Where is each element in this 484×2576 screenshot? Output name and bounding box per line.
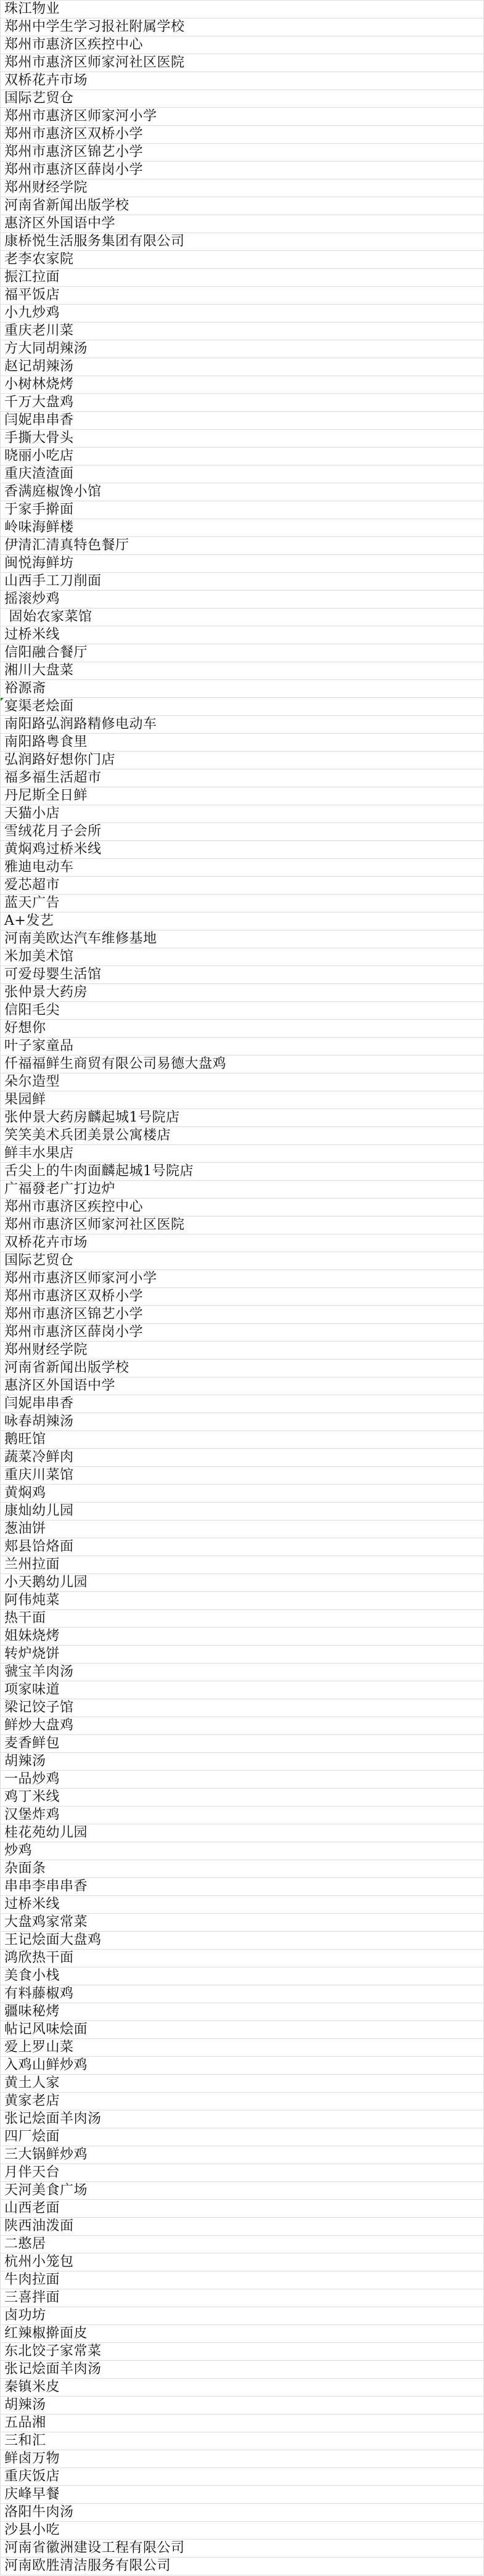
spreadsheet-cell[interactable]: 老李农家院 <box>1 251 483 269</box>
spreadsheet-cell[interactable]: 郑州市惠济区锦艺小学 <box>1 1306 483 1324</box>
spreadsheet-cell[interactable]: 摇滚炒鸡 <box>1 591 483 609</box>
spreadsheet-cell[interactable]: 有料藤椒鸡 <box>1 1985 483 2003</box>
spreadsheet-cell[interactable]: 雪绒花月子会所 <box>1 823 483 841</box>
spreadsheet-cell[interactable]: 香满庭椒馋小馆 <box>1 483 483 501</box>
spreadsheet-cell[interactable]: 晓丽小吃店 <box>1 448 483 466</box>
spreadsheet-cell[interactable]: 雅迪电动车 <box>1 859 483 877</box>
spreadsheet-cell[interactable]: 岭味海鲜楼 <box>1 519 483 537</box>
spreadsheet-cell[interactable]: 湘川大盘菜 <box>1 662 483 680</box>
spreadsheet-cell[interactable]: 山西老面 <box>1 2200 483 2218</box>
spreadsheet-cell[interactable]: 广福發老广打边炉 <box>1 1181 483 1199</box>
spreadsheet-cell[interactable]: 张记烩面羊肉汤 <box>1 2361 483 2379</box>
spreadsheet-cell[interactable]: 郏县饸烙面 <box>1 1538 483 1556</box>
spreadsheet-cell[interactable]: 汉堡炸鸡 <box>1 1807 483 1824</box>
spreadsheet-cell[interactable]: 四厂烩面 <box>1 2128 483 2146</box>
spreadsheet-cell[interactable]: 鹅旺馆 <box>1 1431 483 1449</box>
spreadsheet-cell[interactable]: 天河美食广场 <box>1 2182 483 2200</box>
spreadsheet-cell[interactable]: 闫妮串串香 <box>1 1395 483 1413</box>
spreadsheet-cell[interactable]: 阿伟炖菜 <box>1 1592 483 1610</box>
spreadsheet-cell[interactable]: 南阳路粤食里 <box>1 734 483 752</box>
spreadsheet-cell[interactable]: 河南欧胜清洁服务有限公司 <box>1 2558 483 2575</box>
spreadsheet-cell[interactable]: 张记烩面羊肉汤 <box>1 2110 483 2128</box>
spreadsheet-cell[interactable]: 郑州市惠济区双桥小学 <box>1 126 483 144</box>
spreadsheet-cell[interactable]: 咏春胡辣汤 <box>1 1413 483 1431</box>
spreadsheet-cell[interactable]: 河南省徽洲建设工程有限公司 <box>1 2540 483 2558</box>
spreadsheet-cell[interactable]: 疆味秘烤 <box>1 2003 483 2021</box>
spreadsheet-cell[interactable]: 河南美欧达汽车维修基地 <box>1 930 483 948</box>
spreadsheet-cell[interactable]: 郑州市惠济区师家河小学 <box>1 108 483 126</box>
spreadsheet-cell[interactable]: 郑州市惠济区疾控中心 <box>1 36 483 54</box>
spreadsheet-cell[interactable]: 姐妹烧烤 <box>1 1628 483 1646</box>
spreadsheet-cell[interactable]: 叶子家童品 <box>1 1038 483 1056</box>
spreadsheet-cell[interactable]: 胡辣汤 <box>1 2397 483 2414</box>
spreadsheet-cell[interactable]: 郑州市惠济区薛岗小学 <box>1 1324 483 1342</box>
spreadsheet-cell[interactable]: 蓝天广告 <box>1 895 483 913</box>
spreadsheet-cell[interactable]: 重庆渣渣面 <box>1 466 483 483</box>
spreadsheet-cell[interactable]: 千万大盘鸡 <box>1 394 483 412</box>
spreadsheet-cell[interactable]: 双桥花卉市场 <box>1 72 483 90</box>
spreadsheet-cell[interactable]: 双桥花卉市场 <box>1 1234 483 1252</box>
spreadsheet-cell[interactable]: 三大锅鲜炒鸡 <box>1 2146 483 2164</box>
spreadsheet-cell[interactable]: 沙县小吃 <box>1 2522 483 2540</box>
spreadsheet-cell[interactable]: 郑州市惠济区师家河社区医院 <box>1 54 483 72</box>
spreadsheet-cell[interactable]: 弘润路好想你门店 <box>1 752 483 769</box>
spreadsheet-cell[interactable]: 朵尔造型 <box>1 1073 483 1091</box>
spreadsheet-cell[interactable]: A+发艺 <box>1 913 483 930</box>
spreadsheet-cell[interactable]: 仟福福鲜生商贸有限公司易德大盘鸡 <box>1 1056 483 1073</box>
spreadsheet-cell[interactable]: 福平饭店 <box>1 287 483 305</box>
spreadsheet-cell[interactable]: 郑州市惠济区锦艺小学 <box>1 144 483 162</box>
spreadsheet-cell[interactable]: 月伴天台 <box>1 2164 483 2182</box>
spreadsheet-cell[interactable]: 果园鲜 <box>1 1091 483 1109</box>
spreadsheet-cell[interactable]: 郑州市惠济区师家河社区医院 <box>1 1216 483 1234</box>
spreadsheet-cell[interactable]: 重庆饭店 <box>1 2468 483 2486</box>
spreadsheet-cell[interactable]: 振江拉面 <box>1 269 483 287</box>
spreadsheet-cell[interactable]: 卤功坊 <box>1 2307 483 2325</box>
spreadsheet-cell[interactable]: 转炉烧饼 <box>1 1646 483 1663</box>
spreadsheet-cell[interactable]: 郑州财经学院 <box>1 179 483 197</box>
spreadsheet-cell[interactable]: 信阳融合餐厅 <box>1 644 483 662</box>
spreadsheet-cell[interactable]: 郑州市惠济区双桥小学 <box>1 1288 483 1306</box>
spreadsheet-cell[interactable]: 郑州财经学院 <box>1 1342 483 1360</box>
spreadsheet-cell[interactable]: 鸡丁米线 <box>1 1789 483 1807</box>
spreadsheet-cell[interactable]: 好想你 <box>1 1020 483 1038</box>
spreadsheet-cell[interactable]: 庆峰早餐 <box>1 2486 483 2504</box>
spreadsheet-cell[interactable]: 张仲景大药房麟起城1号院店 <box>1 1109 483 1127</box>
spreadsheet-cell[interactable]: 河南省新闻出版学校 <box>1 197 483 215</box>
spreadsheet-cell[interactable]: 于家手擀面 <box>1 501 483 519</box>
spreadsheet-cell[interactable]: 串串李串串香 <box>1 1878 483 1896</box>
spreadsheet-cell[interactable]: 杂面条 <box>1 1860 483 1878</box>
spreadsheet-cell[interactable]: 爱芯超市 <box>1 877 483 895</box>
spreadsheet-cell[interactable]: 国际艺贸仓 <box>1 1252 483 1270</box>
spreadsheet-cell[interactable]: 杭州小笼包 <box>1 2254 483 2271</box>
spreadsheet-cell[interactable]: 小树林烧烤 <box>1 376 483 394</box>
spreadsheet-cell[interactable]: 入鸡山鲜炒鸡 <box>1 2057 483 2075</box>
spreadsheet-cell[interactable]: 一品炒鸡 <box>1 1771 483 1789</box>
spreadsheet-cell[interactable]: 鲜丰水果店 <box>1 1145 483 1163</box>
spreadsheet-cell[interactable]: 秦镇米皮 <box>1 2379 483 2397</box>
spreadsheet-cell[interactable]: 过桥米线 <box>1 626 483 644</box>
spreadsheet-cell[interactable]: 三喜拌面 <box>1 2289 483 2307</box>
spreadsheet-cell[interactable]: 珠江物业 <box>1 1 483 18</box>
spreadsheet-cell[interactable]: 黄土人家 <box>1 2075 483 2093</box>
spreadsheet-cell[interactable]: 裕源斋 <box>1 680 483 698</box>
spreadsheet-cell[interactable]: 可爱母婴生活馆 <box>1 966 483 984</box>
spreadsheet-cell[interactable]: 小九炒鸡 <box>1 305 483 322</box>
spreadsheet-cell[interactable]: 惠济区外国语中学 <box>1 215 483 233</box>
spreadsheet-cell[interactable]: 兰州拉面 <box>1 1556 483 1574</box>
spreadsheet-cell[interactable]: 蔬菜冷鲜肉 <box>1 1449 483 1467</box>
spreadsheet-cell[interactable]: 重庆川菜馆 <box>1 1467 483 1485</box>
spreadsheet-column: 珠江物业郑州中学生学习报社附属学校郑州市惠济区疾控中心郑州市惠济区师家河社区医院… <box>0 0 484 2575</box>
spreadsheet-cell[interactable]: 信阳毛尖 <box>1 1002 483 1020</box>
spreadsheet-cell[interactable]: 天猫小店 <box>1 805 483 823</box>
spreadsheet-cell[interactable]: 胡辣汤 <box>1 1753 483 1771</box>
spreadsheet-cell[interactable]: 热干面 <box>1 1610 483 1628</box>
spreadsheet-cell[interactable]: 桂花苑幼儿园 <box>1 1824 483 1842</box>
spreadsheet-cell[interactable]: 南阳路弘润路精修电动车 <box>1 716 483 734</box>
spreadsheet-cell[interactable]: 康灿幼儿园 <box>1 1503 483 1520</box>
spreadsheet-cell[interactable]: 东北饺子家常菜 <box>1 2343 483 2361</box>
spreadsheet-cell[interactable]: 闫妮串串香 <box>1 412 483 430</box>
spreadsheet-cell[interactable]: 康桥悦生活服务集团有限公司 <box>1 233 483 251</box>
spreadsheet-cell[interactable]: 虢宝羊肉汤 <box>1 1663 483 1681</box>
spreadsheet-cell[interactable]: 闽悦海鲜坊 <box>1 555 483 573</box>
spreadsheet-cell[interactable]: 王记烩面大盘鸡 <box>1 1932 483 1950</box>
spreadsheet-cell[interactable]: 舌尖上的牛肉面麟起城1号院店 <box>1 1163 483 1181</box>
spreadsheet-cell[interactable]: 陕西油泼面 <box>1 2218 483 2236</box>
spreadsheet-cell[interactable]: 张仲景大药房 <box>1 984 483 1002</box>
spreadsheet-cell[interactable]: 国际艺贸仓 <box>1 90 483 108</box>
spreadsheet-cell[interactable]: 黄家老店 <box>1 2093 483 2110</box>
spreadsheet-cell[interactable]: 丹尼斯全日鲜 <box>1 787 483 805</box>
spreadsheet-cell[interactable]: 赵记胡辣汤 <box>1 358 483 376</box>
spreadsheet-cell[interactable]: 郑州市惠济区薛岗小学 <box>1 162 483 179</box>
spreadsheet-cell[interactable]: 伊清汇清真特色餐厅 <box>1 537 483 555</box>
spreadsheet-cell[interactable]: 小天鹅幼儿园 <box>1 1574 483 1592</box>
spreadsheet-cell[interactable]: 帖记风味烩面 <box>1 2021 483 2039</box>
spreadsheet-cell[interactable]: 炒鸡 <box>1 1842 483 1860</box>
spreadsheet-cell[interactable]: 牛肉拉面 <box>1 2271 483 2289</box>
spreadsheet-cell[interactable]: 固始农家菜馆 <box>1 609 483 626</box>
spreadsheet-cell[interactable]: 过桥米线 <box>1 1896 483 1914</box>
spreadsheet-cell[interactable]: 手撕大骨头 <box>1 430 483 448</box>
spreadsheet-cell[interactable]: 项家味道 <box>1 1681 483 1699</box>
spreadsheet-cell[interactable]: 鲜炒大盘鸡 <box>1 1717 483 1735</box>
spreadsheet-cell[interactable]: 三和汇 <box>1 2432 483 2450</box>
spreadsheet-cell[interactable]: 方大同胡辣汤 <box>1 340 483 358</box>
spreadsheet-cell[interactable]: 洛阳牛肉汤 <box>1 2504 483 2522</box>
spreadsheet-cell[interactable]: 米加美术馆 <box>1 948 483 966</box>
spreadsheet-cell[interactable]: 郑州中学生学习报社附属学校 <box>1 18 483 36</box>
spreadsheet-cell[interactable]: 红辣椒擀面皮 <box>1 2325 483 2343</box>
spreadsheet-cell[interactable]: 梁记饺子馆 <box>1 1699 483 1717</box>
spreadsheet-cell[interactable]: 麦香鲜包 <box>1 1735 483 1753</box>
spreadsheet-cell[interactable]: 葱油饼 <box>1 1520 483 1538</box>
spreadsheet-cell[interactable]: 山西手工刀削面 <box>1 573 483 591</box>
spreadsheet-cell[interactable]: 福多福生活超市 <box>1 769 483 787</box>
spreadsheet-cell[interactable]: 惠济区外国语中学 <box>1 1377 483 1395</box>
spreadsheet-cell[interactable]: 五品湘 <box>1 2414 483 2432</box>
spreadsheet-cell[interactable]: 鸿欣热干面 <box>1 1950 483 1967</box>
spreadsheet-cell[interactable]: 重庆老川菜 <box>1 322 483 340</box>
spreadsheet-cell[interactable]: 黄焖鸡 <box>1 1485 483 1503</box>
spreadsheet-cell[interactable]: 郑州市惠济区疾控中心 <box>1 1199 483 1216</box>
spreadsheet-cell[interactable]: 笑笑美术兵团美景公寓楼店 <box>1 1127 483 1145</box>
spreadsheet-cell[interactable]: 河南省新闻出版学校 <box>1 1360 483 1377</box>
spreadsheet-cell[interactable]: 黄焖鸡过桥米线 <box>1 841 483 859</box>
spreadsheet-cell[interactable]: 美食小栈 <box>1 1967 483 1985</box>
spreadsheet-cell[interactable]: 爱上罗山菜 <box>1 2039 483 2057</box>
spreadsheet-cell[interactable]: 二憨居 <box>1 2236 483 2254</box>
spreadsheet-cell[interactable]: 郑州市惠济区师家河小学 <box>1 1270 483 1288</box>
spreadsheet-cell[interactable]: 鲜卤万物 <box>1 2450 483 2468</box>
spreadsheet-cell[interactable]: 大盘鸡家常菜 <box>1 1914 483 1932</box>
spreadsheet-cell-with-warning-flag[interactable]: 宴渠老烩面 <box>1 698 483 716</box>
